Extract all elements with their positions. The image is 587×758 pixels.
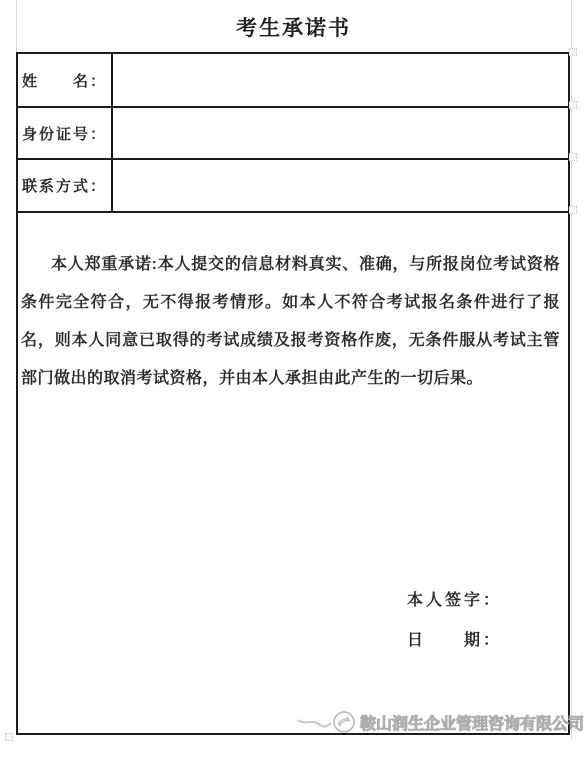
page-guide-line-right — [571, 0, 572, 740]
company-logo-icon — [332, 710, 356, 734]
company-name: 鞍山润生企业管理咨询有限公司 — [360, 711, 584, 734]
table-handle-icon — [569, 48, 577, 56]
table-handle-icon — [569, 153, 577, 161]
company-watermark: 鞍山润生企业管理咨询有限公司 — [296, 710, 584, 734]
name-field-value[interactable] — [113, 54, 568, 106]
pledge-cell: 本人郑重承诺:本人提交的信息材料真实、准确，与所报岗位考试资格条件完全符合，无不… — [18, 213, 568, 733]
pledge-paragraph: 本人郑重承诺:本人提交的信息材料真实、准确，与所报岗位考试资格条件完全符合，无不… — [18, 213, 568, 398]
commitment-form-table: 姓 名： 身份证号： 联系方式： 本人郑重承诺:本人提交的信息材料真实、准确，与… — [16, 52, 570, 735]
swoosh-icon — [296, 712, 332, 732]
id-number-field-label: 身份证号： — [18, 108, 113, 158]
table-row-id-number: 身份证号： — [18, 108, 568, 160]
contact-field-value[interactable] — [113, 160, 568, 211]
signature-label: 本人签字： — [407, 588, 502, 613]
document-page: 考生承诺书 姓 名： 身份证号： 联系方式： 本人郑重承诺:本人提交的信息材料真… — [0, 0, 587, 758]
table-row-contact: 联系方式： — [18, 160, 568, 213]
signature-block: 本人签字： 日 期： — [407, 588, 502, 668]
table-handle-icon — [569, 206, 577, 214]
table-row-name: 姓 名： — [18, 54, 568, 108]
date-label: 日 期： — [407, 628, 502, 653]
id-number-field-value[interactable] — [113, 108, 568, 158]
page-title: 考生承诺书 — [0, 12, 587, 42]
contact-field-label: 联系方式： — [18, 160, 113, 211]
table-handle-icon — [5, 733, 13, 741]
name-field-label: 姓 名： — [18, 54, 113, 106]
table-handle-icon — [569, 101, 577, 109]
